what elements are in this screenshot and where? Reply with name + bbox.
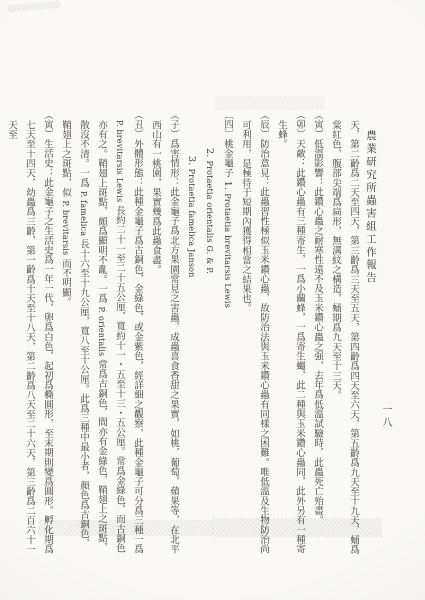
species-item-2: 2. Protaetia orientalis G. & P. <box>200 110 218 557</box>
scan-noise-upper <box>215 96 325 110</box>
section-yin-life-history: （寅）生活史：此金龜子之生活史爲一年一代，卵爲白色，起初爲橢圓形，至末期則變爲圓… <box>2 110 56 557</box>
latin-species-name: P. brevitarsis Lewis <box>115 120 124 202</box>
section-yin-low-temperature: （寅）低溫影響：此鑽心蟲之耐寒性遠不及玉米鑽心蟲之强，去年爲低溫試驗時，此蟲死亡… <box>308 110 326 557</box>
scan-smudge-top-left <box>8 1 60 13</box>
latin-species-name: Protaetia orientalis G. & P. <box>205 161 214 274</box>
section-chen-control-opinion: （辰）防治意見：此蟲習性極似玉米鑽心蟲，故防治法與玉米鑽心蟲有同樣之困難。唯低溫… <box>236 110 272 557</box>
page-number: 一八 <box>378 404 393 430</box>
species-item-3: 3. Protaetia famelica Janson <box>182 110 200 557</box>
latin-species-name: P. brevitarsis <box>61 200 70 255</box>
latin-species-name: P. orientalis <box>97 307 106 357</box>
text-columns: 農業研究所蟲害組工作報告天，第二齡爲二天至四天，第三齡爲三天至五天，第四齡爲四天… <box>2 110 380 557</box>
latin-species-name: P. famelica <box>79 191 88 236</box>
latin-species-name: Protaetia brevitarsis Lewis <box>223 193 232 308</box>
section-mao-natural-enemies: （卯）天敵：此鑽心蟲有三種寄生，一爲小繭蜂，一爲寄生蠅，此二種與玉米鑽心蟲同，此… <box>272 110 308 557</box>
paragraph-instars-pupa: 天，第二齡爲二天至四天，第三齡爲三天至五天，第四齡爲四天至六天，第五齡爲九天至十… <box>326 110 362 557</box>
report-title: 農業研究所蟲害組工作報告 <box>362 110 380 557</box>
section-chou-morphology: （丑）外體形態：此種金龜子爲古銅色，金綠色，或金紫色，經詳細之觀察，此種金龜子可… <box>56 110 146 557</box>
latin-species-name: Protaetia famelica Janson <box>187 169 196 278</box>
section-four-chafer-species-1: 〔四〕桃金龜子 1. Protaetia brevitarsis Lewis <box>218 110 236 557</box>
section-zi-damage: （子）爲害情形：此金龜子爲北方果園常見之害蟲，成蟲喜食香甜之果實，如桃，葡萄，蘋… <box>146 110 182 557</box>
scanned-page: 農業研究所蟲害組工作報告天，第二齡爲二天至四天，第三齡爲三天至五天，第四齡爲四天… <box>0 0 425 600</box>
